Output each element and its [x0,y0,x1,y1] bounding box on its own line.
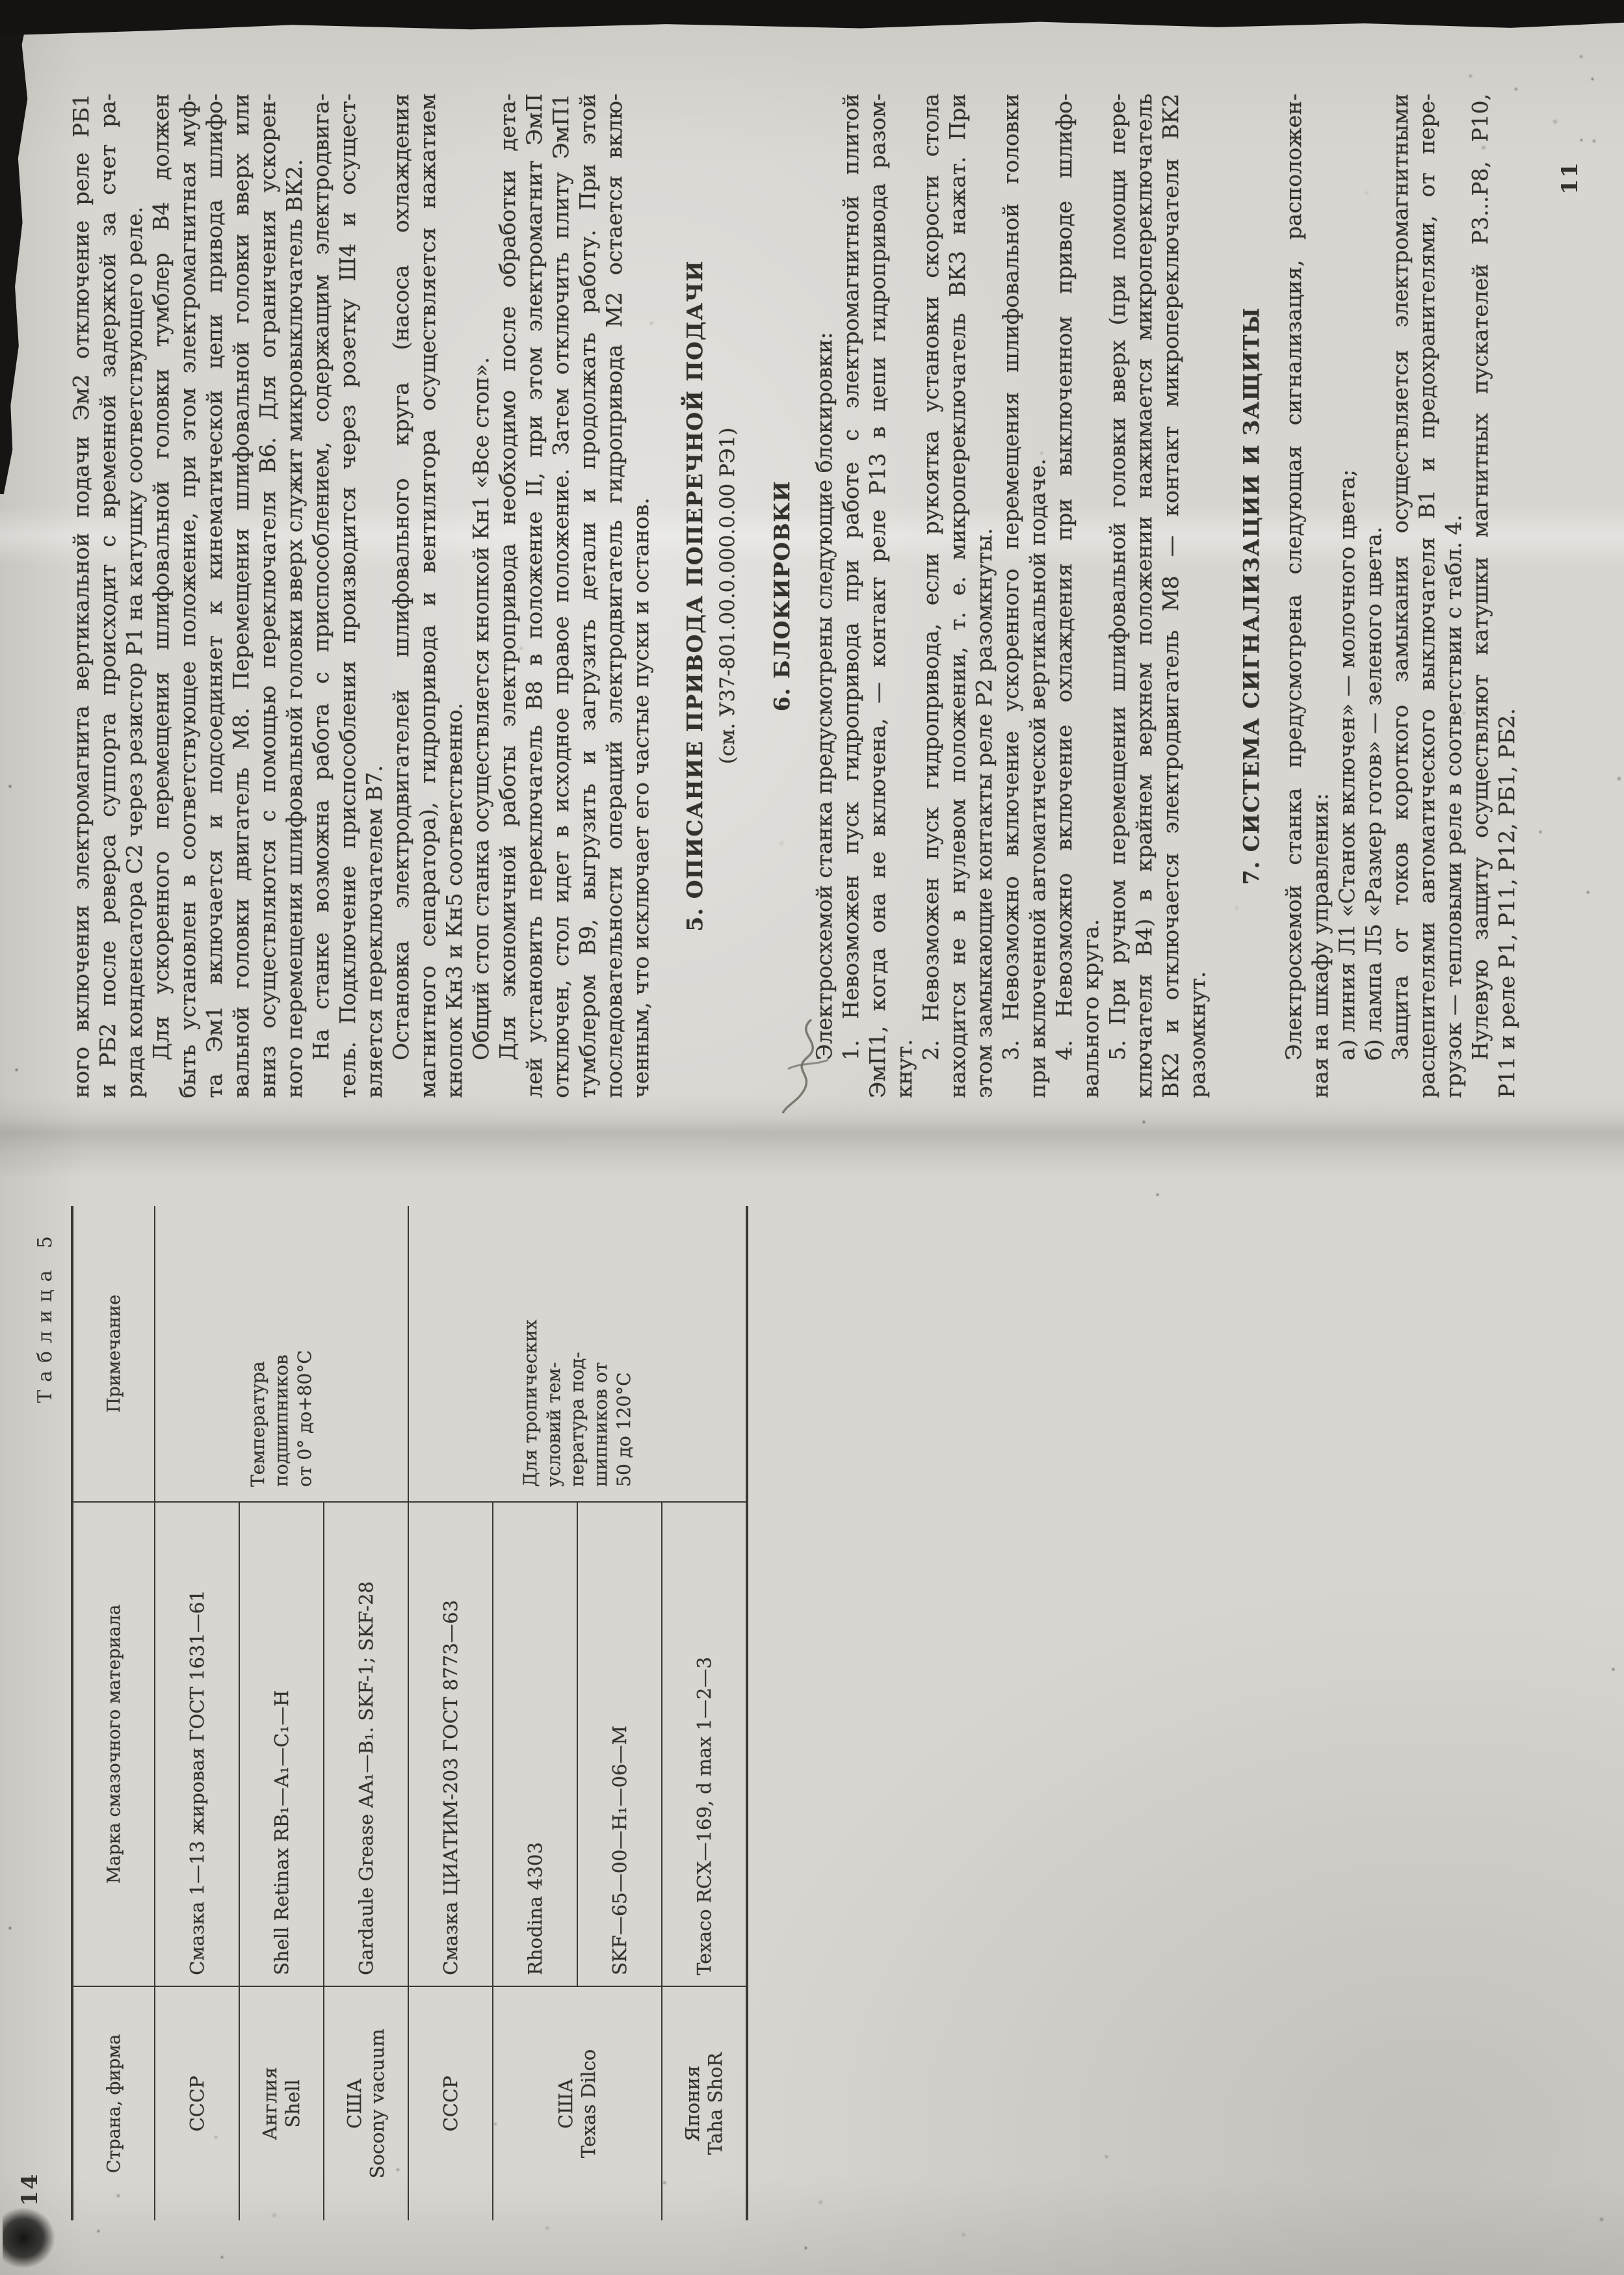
cell-country: СССР [408,1986,493,2220]
cell-brand: Texaco RCX—169, d max 1—2—3 [662,1502,747,1986]
text-line: Общий стоп станка осуществляется кнопкой… [467,94,494,1098]
note-line: Температура [246,1216,270,1487]
note-line: пература под- [566,1216,589,1487]
country-line: СССР [186,1997,209,2210]
text-line: кнут. [891,94,917,1098]
cell-brand: Shell Retinax RB₁—A₁—C₁—H [239,1502,324,1986]
paragraph: а) линия Л1 «Станок включен» — молочного… [1333,94,1360,1098]
text-line: На станке возможна работа с приспособлен… [308,94,334,1098]
paragraph: Общий стоп станка осуществляется кнопкой… [467,94,494,1098]
cell-country: Япония Taha ShoR [662,1986,747,2220]
text-line: тель. Подключение приспособления произво… [334,94,361,1098]
page-11-text-page: ного включения электромагнита вертикальн… [0,0,1624,1137]
paragraph: ного включения электромагнита вертикальн… [68,94,148,1098]
text-line: отключен, стол идет в исходное правое по… [547,94,574,1098]
note-line: условий тем- [542,1216,566,1487]
text-line: последовательности операций электродвига… [601,94,627,1098]
paragraph: Защита от токов короткого замыкания осущ… [1387,94,1467,1098]
paragraph: Электросхемой станка предусмотрены следу… [811,94,837,1098]
text-line: 2. Невозможен пуск гидропривода, если ру… [917,94,944,1098]
text-line: магнитного сепаратора), гидропривода и в… [414,94,441,1098]
note-line: от 0° до+80°С [293,1216,317,1487]
table-row: СССР Смазка ЦИАТИМ-203 ГОСТ 8773—63 Для … [408,1206,493,2220]
note-line: Для тропических [519,1216,542,1487]
page-number-11: 11 [1557,161,1583,194]
section-heading: 6. БЛОКИРОВКИ [768,94,795,1098]
section-heading: 7. СИСТЕМА СИГНАЛИЗАЦИИ И ЗАЩИТЫ [1238,94,1264,1098]
noise-speckles [1456,166,1459,168]
text-line: лей установить переключатель В8 в положе… [521,94,547,1098]
country-line: Shell [282,1997,304,2210]
text-line: 5. При ручном перемещении шлифовальной г… [1104,94,1131,1098]
country-line: США [555,1997,577,2210]
text-line: б) лампа Л5 «Размер готов» — зеленого цв… [1360,94,1387,1098]
text-line: разомкнут. [1184,94,1211,1098]
text-line: расцепителями автоматического выключател… [1413,94,1440,1098]
text-line: при включенной автоматической вертикальн… [1024,94,1051,1098]
text-line: вальной головки двигатель М8. Перемещени… [228,94,254,1098]
text-line: ключателя В4) в крайнем верхнем положени… [1131,94,1157,1098]
text-line: этом замыкающие контакты реле Р2 разомкн… [971,94,997,1098]
paragraph: Для экономичной работы электропривода не… [494,94,654,1098]
text-line: ного перемещения шлифовальной головки вв… [281,94,308,1098]
page-14-table-page: 14 Таблица 5 Страна, фирма Марка смазочн… [0,1137,1624,2275]
paragraph: На станке возможна работа с приспособлен… [308,94,387,1098]
cell-note-group-2: Для тропических условий тем- пература по… [408,1206,747,1502]
text-line: 3. Невозможно включение ускоренного пере… [997,94,1024,1098]
text-line: вляется переключателем В7. [361,94,387,1098]
text-line: грузок — тепловыми реле в соответствии с… [1440,94,1467,1098]
country-line: Англия [259,1997,282,2210]
table-label: Таблица 5 [34,1206,57,2220]
paragraph: Нулевую защиту осуществляют катушки магн… [1467,94,1520,1098]
cell-brand: Gardaule Grease AA₁—B₁. SKF-1; SKF-28 [324,1502,408,1986]
text-line: Остановка электродвигателей шлифовальног… [387,94,414,1098]
text-flow: ного включения электромагнита вертикальн… [68,94,1520,1098]
noise-speckles [0,2272,3,2275]
cell-country: СССР [155,1986,239,2220]
text-line: Для ускоренного перемещения шлифовальной… [148,94,174,1098]
paragraph: Для ускоренного перемещения шлифовальной… [148,94,308,1098]
col-header-country: Страна, фирма [72,1986,155,2220]
country-line: Япония [681,1997,704,2210]
text-line: находится не в нулевом положении, т. е. … [944,94,971,1098]
country-line: Socony vacuum [366,1997,389,2210]
text-line: тумблером В9, выгрузить и загрузить дета… [574,94,601,1098]
note-line: шипников от [589,1216,612,1487]
text-line: ЭмП1, когда она не включена, — контакт р… [864,94,891,1098]
paragraph: 2. Невозможен пуск гидропривода, если ру… [917,94,997,1098]
text-line: Электросхемой станка предусмотрена следу… [1280,94,1307,1098]
col-header-brand: Марка смазочного материала [72,1502,155,1986]
country-line: СССР [439,1997,462,2210]
country-line: Taha ShoR [704,1997,727,2210]
paragraph: 1. Невозможен пуск гидропривода при рабо… [837,94,917,1098]
paragraph: 5. При ручном перемещении шлифовальной г… [1104,94,1211,1098]
cell-brand: Смазка 1—13 жировая ГОСТ 1631—61 [155,1502,239,1986]
text-line: Для экономичной работы электропривода не… [494,94,521,1098]
text-line: и РБ2 после реверса суппорта происходит … [94,94,121,1098]
paragraph: б) лампа Л5 «Размер готов» — зеленого цв… [1360,94,1387,1098]
paragraph: 4. Невозможно включение охлаждения при в… [1051,94,1104,1098]
text-line: вниз осуществляются с помощью переключат… [254,94,281,1098]
cell-country: США Socony vacuum [324,1986,408,2220]
country-line: США [343,1997,366,2210]
table-header-row: Страна, фирма Марка смазочного материала… [72,1206,155,2220]
paragraph: Остановка электродвигателей шлифовальног… [387,94,467,1098]
text-line: Р11 и реле Р1, Р11, Р12, РБ1, РБ2. [1493,94,1520,1098]
scan-artifact-corner-blob [3,2208,55,2268]
noise-speckles [195,1037,198,1040]
note-line: подшипников [270,1216,293,1487]
note-line: 50 до 120°С [612,1216,636,1487]
text-line: быть установлен в соответствующее положе… [174,94,201,1098]
table-row: СССР Смазка 1—13 жировая ГОСТ 1631—61 Те… [155,1206,239,2220]
cell-country: США Texas Dilco [493,1986,662,2220]
text-line: а) линия Л1 «Станок включен» — молочного… [1333,94,1360,1098]
cell-brand: Rhodina 4303 [493,1502,577,1986]
paragraph: 3. Невозможно включение ускоренного пере… [997,94,1051,1098]
section-heading: 5. ОПИСАНИЕ ПРИВОДА ПОПЕРЕЧНОЙ ПОДАЧИ [681,94,708,1098]
text-line: 1. Невозможен пуск гидропривода при рабо… [837,94,864,1098]
country-line: Texas Dilco [577,1997,600,2210]
text-line: ного включения электромагнита вертикальн… [68,94,94,1098]
col-header-note: Примечание [72,1206,155,1502]
cell-brand: SKF—65—00—H₁—06—M [577,1502,662,1986]
lubricants-table: Страна, фирма Марка смазочного материала… [71,1206,748,2220]
text-line: ряда конденсатора С2 через резистор Р1 н… [121,94,148,1098]
pencil-scribble [768,1014,840,1118]
section-subheading: (см. У37-801.00.0.000.0.00 РЭ1) [714,94,741,1098]
table-area: Таблица 5 Страна, фирма Марка смазочного… [34,1206,748,2220]
paragraph: Электросхемой станка предусмотрена следу… [1280,94,1333,1098]
text-line: Нулевую защиту осуществляют катушки магн… [1467,94,1493,1098]
text-line: ченным, что исключает его частые пуски и… [627,94,654,1098]
text-line: Защита от токов короткого замыкания осущ… [1387,94,1413,1098]
cell-note-group-1: Температура подшипников от 0° до+80°С [155,1206,408,1502]
text-line: 4. Невозможно включение охлаждения при в… [1051,94,1077,1098]
text-line: ВК2 и отключается электродвигатель М8 — … [1157,94,1184,1098]
text-line: Электросхемой станка предусмотрены следу… [811,94,837,1098]
text-line: кнопок Кн3 и Кн5 соответственно. [441,94,467,1098]
text-line: та Эм1 включается и подсоединяет к кинем… [201,94,228,1098]
cell-country: Англия Shell [239,1986,324,2220]
text-line: вального круга. [1077,94,1104,1098]
text-line: ная на шкафу управления: [1307,94,1333,1098]
scanned-sheet: 14 Таблица 5 Страна, фирма Марка смазочн… [0,0,1624,2275]
cell-brand: Смазка ЦИАТИМ-203 ГОСТ 8773—63 [408,1502,493,1986]
